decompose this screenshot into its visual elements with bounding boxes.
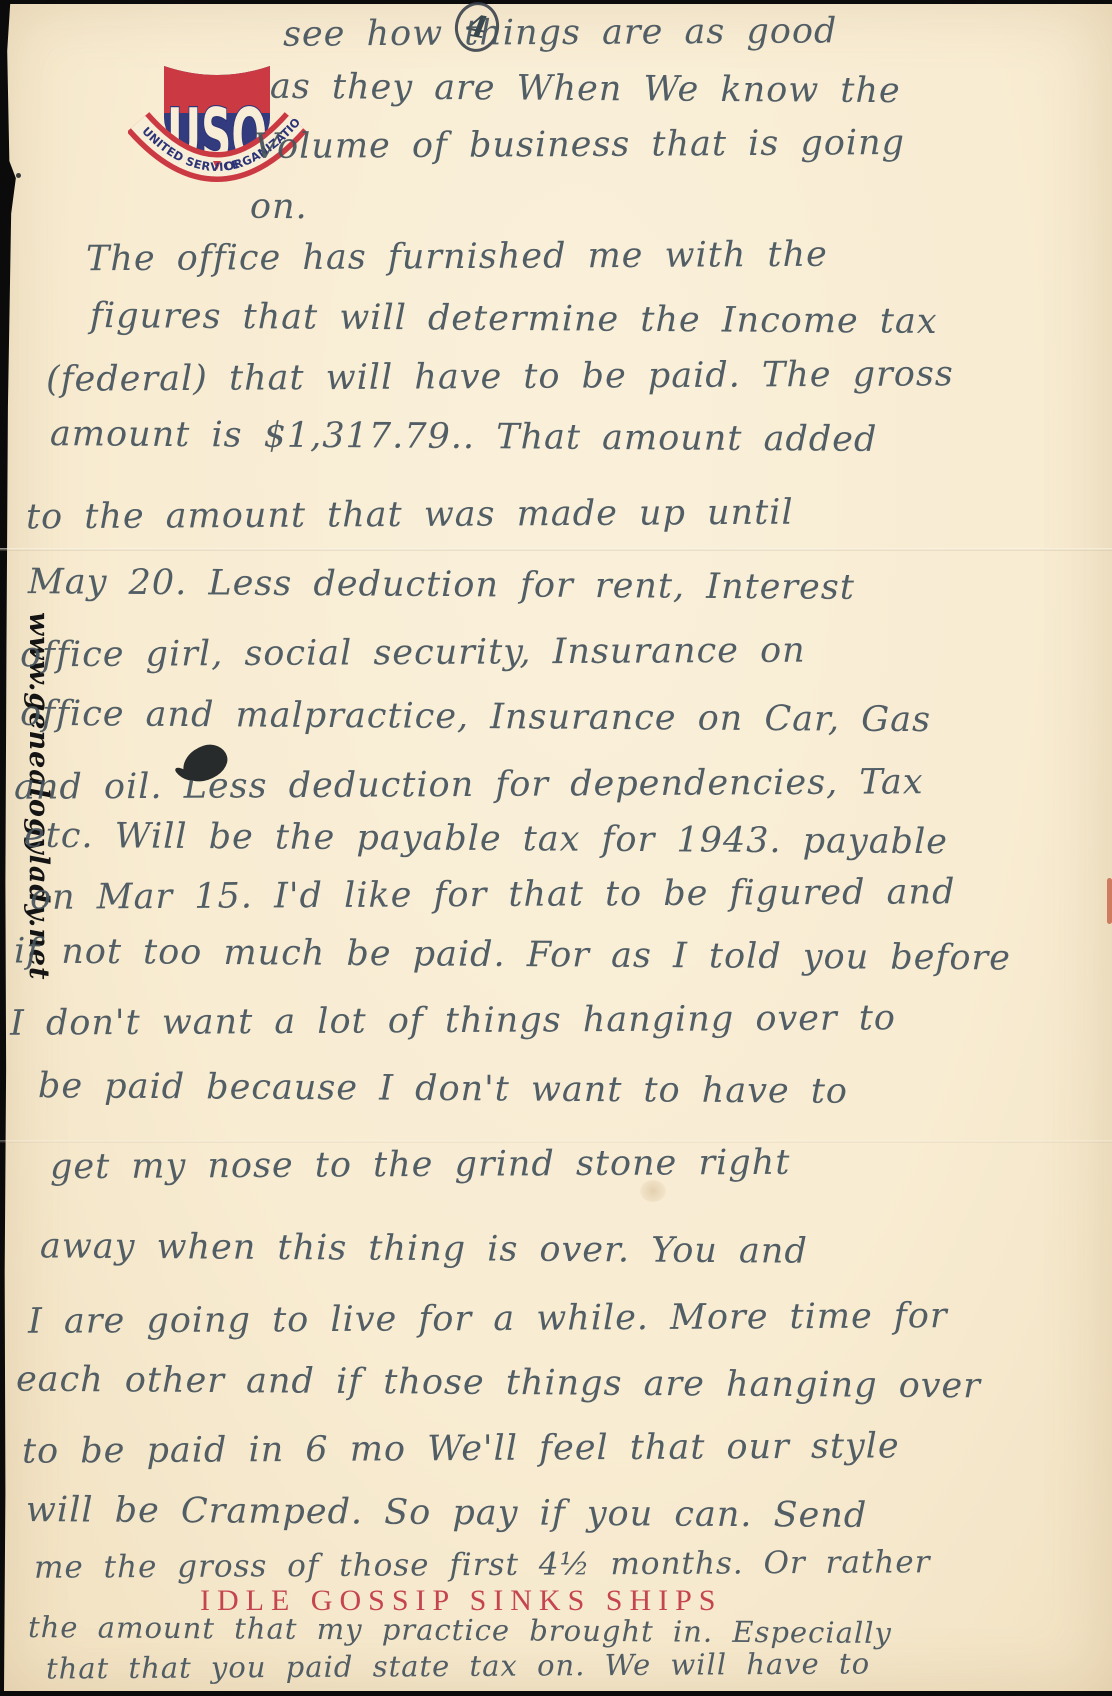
handwritten-line: (federal) that will have to be paid. The…	[46, 357, 954, 398]
handwritten-line: office girl, social security, Insurance …	[20, 634, 806, 674]
handwritten-line: get my nose to the grind stone right	[50, 1146, 791, 1186]
handwritten-line: I are going to live for a while. More ti…	[28, 1299, 948, 1340]
handwritten-line: me the gross of those first 4½ months. O…	[34, 1547, 931, 1583]
handwritten-line: etc. Will be the payable tax for 1943. p…	[24, 819, 948, 860]
handwritten-line: that that you paid state tax on. We will…	[46, 1649, 870, 1683]
handwritten-line: office and malpractice, Insurance on Car…	[20, 697, 931, 738]
handwritten-line: to be paid in 6 mo We'll feel that our s…	[22, 1429, 900, 1469]
handwritten-line: be paid because I don't want to have to	[38, 1069, 848, 1110]
handwritten-line: if not too much be paid. For as I told y…	[14, 935, 1011, 977]
handwritten-line: and oil. Less deduction for dependencies…	[14, 765, 924, 806]
handwritten-line: the amount that my practice brought in. …	[28, 1613, 892, 1648]
handwritten-line: amount is $1,317.79.. That amount added	[50, 417, 878, 458]
scanned-letter-page: USO UNITED SERVICE ORGANIZATIONS 4 www.g…	[0, 0, 1112, 1696]
handwritten-line: The office has furnished me with the	[86, 238, 828, 278]
handwritten-line: Volume of business that is going	[254, 126, 905, 165]
handwritten-line: on.	[250, 190, 308, 225]
handwriting-layer: see how things are as good as they are W…	[0, 0, 1112, 1696]
handwritten-line: see how things are as good	[283, 14, 838, 52]
handwritten-line: figures that will determine the Income t…	[90, 299, 938, 340]
handwritten-line: May 20. Less deduction for rent, Interes…	[28, 565, 855, 606]
handwritten-line: each other and if those things are hangi…	[16, 1363, 981, 1405]
handwritten-line: on Mar 15. I'd like for that to be figur…	[30, 875, 956, 916]
handwritten-line: I don't want a lot of things hanging ove…	[10, 1001, 896, 1041]
handwritten-line: away when this thing is over. You and	[40, 1229, 808, 1269]
handwritten-line: will be Cramped. So pay if you can. Send	[26, 1493, 868, 1534]
handwritten-line: to the amount that was made up until	[26, 496, 794, 536]
handwritten-line: as they are When We know the	[270, 70, 901, 109]
